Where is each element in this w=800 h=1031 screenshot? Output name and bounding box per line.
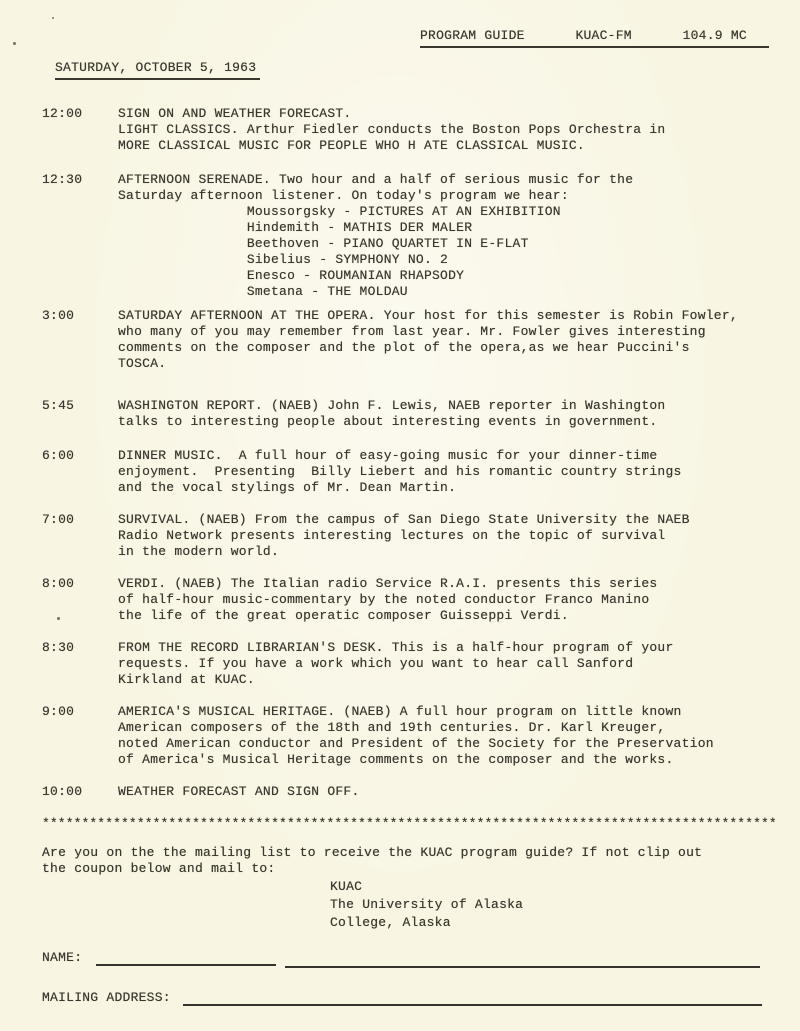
schedule-description: SURVIVAL. (NAEB) From the campus of San … bbox=[118, 512, 690, 560]
schedule-row: 8:30 FROM THE RECORD LIBRARIAN'S DESK. T… bbox=[42, 640, 788, 688]
schedule: 12:00 SIGN ON AND WEATHER FORECAST. LIGH… bbox=[42, 106, 788, 1006]
schedule-time: 6:00 bbox=[42, 448, 118, 496]
schedule-time: 10:00 bbox=[42, 784, 118, 800]
schedule-row: 5:45 WASHINGTON REPORT. (NAEB) John F. L… bbox=[42, 398, 788, 430]
name-fill-line bbox=[96, 950, 276, 966]
mailing-address-label: MAILING ADDRESS: bbox=[42, 990, 171, 1006]
name-field-row: NAME: bbox=[42, 946, 788, 966]
mailing-address-fill-line bbox=[183, 990, 762, 1006]
schedule-row: 9:00 AMERICA'S MUSICAL HERITAGE. (NAEB) … bbox=[42, 704, 788, 768]
program-guide-page: PROGRAM GUIDE KUAC-FM 104.9 MC SATURDAY,… bbox=[0, 0, 800, 1031]
schedule-time: 8:00 bbox=[42, 576, 118, 624]
schedule-row: 10:00 WEATHER FORECAST AND SIGN OFF. bbox=[42, 784, 788, 800]
ink-speck bbox=[57, 617, 60, 620]
schedule-description: VERDI. (NAEB) The Italian radio Service … bbox=[118, 576, 657, 624]
schedule-time: 8:30 bbox=[42, 640, 118, 688]
schedule-description: AFTERNOON SERENADE. Two hour and a half … bbox=[118, 172, 633, 300]
name-label: NAME: bbox=[42, 950, 82, 966]
schedule-description: DINNER MUSIC. A full hour of easy-going … bbox=[118, 448, 682, 496]
schedule-row: 7:00 SURVIVAL. (NAEB) From the campus of… bbox=[42, 512, 788, 560]
mailing-address-block: KUAC The University of Alaska College, A… bbox=[330, 878, 788, 932]
ink-speck bbox=[13, 42, 16, 45]
schedule-time: 3:00 bbox=[42, 308, 118, 372]
schedule-row: 12:30 AFTERNOON SERENADE. Two hour and a… bbox=[42, 172, 788, 300]
schedule-description: WASHINGTON REPORT. (NAEB) John F. Lewis,… bbox=[118, 398, 666, 430]
schedule-description: AMERICA'S MUSICAL HERITAGE. (NAEB) A ful… bbox=[118, 704, 714, 768]
station-callsign: KUAC-FM bbox=[575, 28, 631, 43]
schedule-description: FROM THE RECORD LIBRARIAN'S DESK. This i… bbox=[118, 640, 674, 688]
station-frequency: 104.9 MC bbox=[683, 28, 747, 43]
schedule-time: 12:30 bbox=[42, 172, 118, 300]
mailing-prompt: Are you on the the mailing list to recei… bbox=[42, 845, 788, 877]
masthead: PROGRAM GUIDE KUAC-FM 104.9 MC bbox=[420, 28, 769, 48]
date-heading: SATURDAY, OCTOBER 5, 1963 bbox=[55, 60, 260, 80]
schedule-description: SATURDAY AFTERNOON AT THE OPERA. Your ho… bbox=[118, 308, 738, 372]
schedule-time: 7:00 bbox=[42, 512, 118, 560]
asterisk-divider: ****************************************… bbox=[42, 816, 788, 832]
name-fill-line bbox=[285, 952, 760, 968]
masthead-title: PROGRAM GUIDE bbox=[420, 28, 525, 43]
schedule-row: 8:00 VERDI. (NAEB) The Italian radio Ser… bbox=[42, 576, 788, 624]
schedule-row: 3:00 SATURDAY AFTERNOON AT THE OPERA. Yo… bbox=[42, 308, 788, 372]
schedule-description: WEATHER FORECAST AND SIGN OFF. bbox=[118, 784, 360, 800]
ink-speck bbox=[52, 17, 54, 19]
footer: Are you on the the mailing list to recei… bbox=[42, 845, 788, 1006]
schedule-time: 5:45 bbox=[42, 398, 118, 430]
mailing-address-field-row: MAILING ADDRESS: bbox=[42, 986, 788, 1006]
schedule-row: 12:00 SIGN ON AND WEATHER FORECAST. LIGH… bbox=[42, 106, 788, 154]
schedule-time: 9:00 bbox=[42, 704, 118, 768]
schedule-row: 6:00 DINNER MUSIC. A full hour of easy-g… bbox=[42, 448, 788, 496]
schedule-description: SIGN ON AND WEATHER FORECAST. LIGHT CLAS… bbox=[118, 106, 666, 154]
schedule-time: 12:00 bbox=[42, 106, 118, 154]
